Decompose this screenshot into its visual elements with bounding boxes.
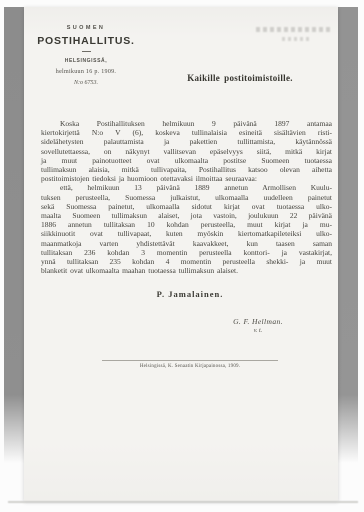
body-text-line: 1886 annetun tullitaksan 10 kohdan perus… xyxy=(41,220,332,229)
signature-secondary: G. F. Hellman. v. t. xyxy=(220,317,296,334)
body-paragraph-1: Koska Postihallituksen helmikuun 9 päivä… xyxy=(41,119,332,183)
signature-primary: P. Jamalainen. xyxy=(120,289,260,299)
body-text-line: blanketit ovat ulkomaalta maahan tuotaes… xyxy=(41,266,332,275)
body-text-line: Koska Postihallituksen helmikuun 9 päivä… xyxy=(41,119,332,128)
faint-stamp-line-2 xyxy=(282,37,312,41)
paper-bottom-edge xyxy=(8,501,358,503)
scan-background-right xyxy=(337,7,358,463)
body-text-line: sovellutettaessa, on näkynyt vallitsevan… xyxy=(41,147,332,156)
scanned-document-page: SUOMEN POSTIHALLITUS. HELSINGISSÄ, helmi… xyxy=(0,0,364,512)
body-text-line: sidelähetysten palauttamista ja pakettie… xyxy=(41,137,332,146)
body-text-line: postitoimistojen tiedoksi ja huomioon ot… xyxy=(41,174,332,183)
faint-stamp-line-1 xyxy=(256,27,330,32)
body-text-line: maalta Suomeen tullimaksun alaiset, jota… xyxy=(41,211,332,220)
body-text-line: siikkinuotit ovat tullivapaat, kuten myö… xyxy=(41,229,332,238)
body-paragraph-2: että, helmikuun 13 päivänä 1889 annetun … xyxy=(41,183,332,275)
scan-background-left xyxy=(4,7,25,463)
letterhead-divider xyxy=(82,51,91,52)
letterhead-date: helmikuun 16 p. 1909. xyxy=(30,69,142,75)
printer-imprint: Helsingissä, K. Senaatin Kirjapainossa, … xyxy=(102,360,278,369)
body-text-line: tuksen perusteella, Suomessa julkaistut,… xyxy=(41,193,332,202)
body-text-line: ynnä tullitaksan 235 kohdan 4 momentin p… xyxy=(41,257,332,266)
org-name-small: SUOMEN xyxy=(30,25,142,31)
body-text-line: sekä Suomessa painetut, ulkomaalla sidot… xyxy=(41,202,332,211)
faint-stamp xyxy=(256,27,330,41)
document-paper: SUOMEN POSTIHALLITUS. HELSINGISSÄ, helmi… xyxy=(24,7,338,501)
signature-secondary-name: G. F. Hellman. xyxy=(220,317,296,326)
body-text-line: ja muut painotuotteet ovat ulkomaalta po… xyxy=(41,156,332,165)
body-text-line: tullitaksan 236 kohdan 3 momentin perust… xyxy=(41,248,332,257)
letterhead-ref-number: N:o 6753. xyxy=(30,80,142,86)
body-text-line: kiertokirjettä N:o V (6), koskeva tullin… xyxy=(41,128,332,137)
body-text: Koska Postihallituksen helmikuun 9 päivä… xyxy=(41,119,332,275)
body-text-line: että, helmikuun 13 päivänä 1889 annetun … xyxy=(41,183,332,192)
recipient-heading: Kaikille postitoimistoille. xyxy=(150,73,330,83)
body-text-line: tullimaksun alaisia, mitkä tullivapaita,… xyxy=(41,165,332,174)
letterhead-place: HELSINGISSÄ, xyxy=(30,58,142,64)
org-name-main: POSTIHALLITUS. xyxy=(30,35,142,47)
body-text-line: maanmatkoja varten yhdistettävät kaavakk… xyxy=(41,239,332,248)
letterhead: SUOMEN POSTIHALLITUS. HELSINGISSÄ, helmi… xyxy=(30,25,142,86)
signature-secondary-note: v. t. xyxy=(220,328,296,334)
